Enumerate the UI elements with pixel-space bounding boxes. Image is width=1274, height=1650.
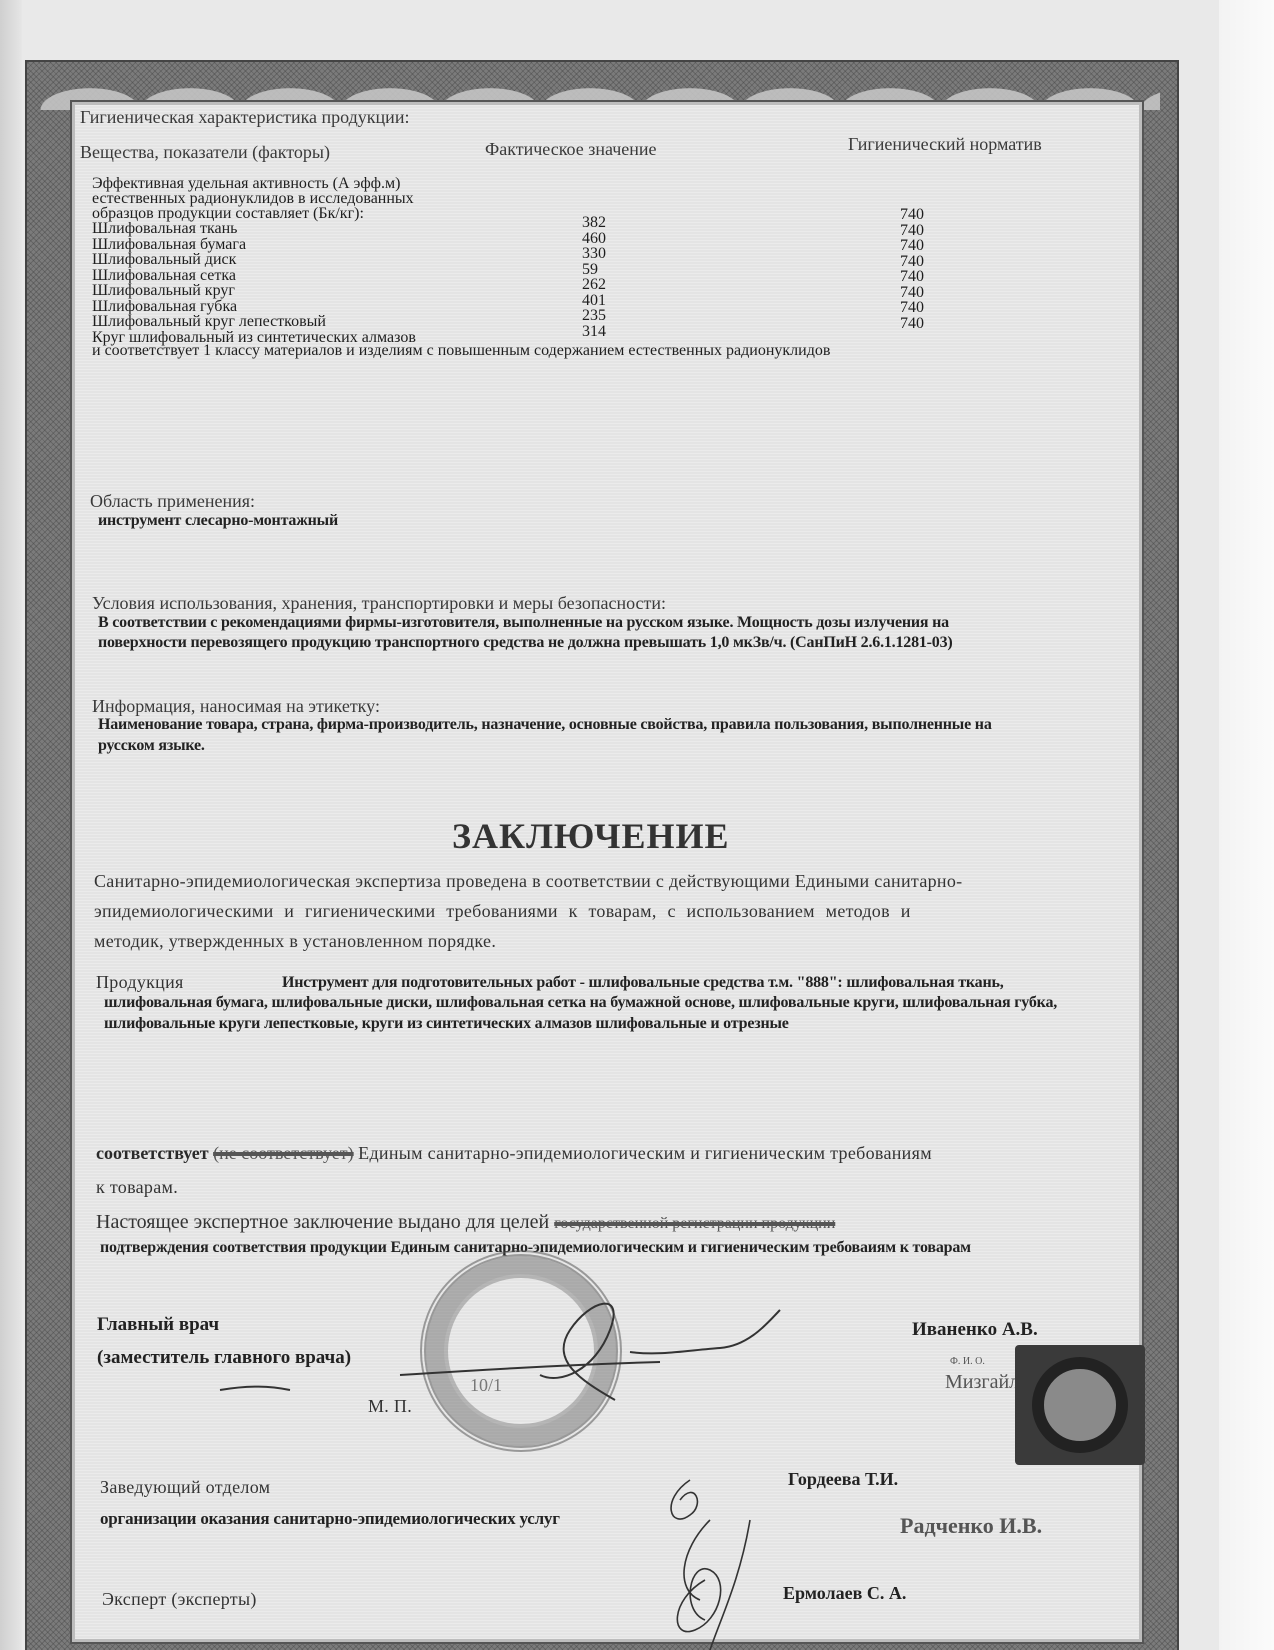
table-row-norm: 740	[900, 238, 924, 254]
table-row-actual: 330	[582, 246, 606, 262]
table-row-actual: 235	[582, 308, 606, 324]
product-label: Продукция	[96, 973, 184, 991]
expert-label: Эксперт (эксперты)	[102, 1590, 257, 1608]
struck-purpose: государственной регистрации продукции	[554, 1215, 835, 1232]
label-info-label: Информация, наносимая на этикетку:	[92, 697, 380, 715]
head-name: Гордеева Т.И.	[788, 1470, 898, 1488]
conclusion-para: эпидемиологическими и гигиеническими тре…	[94, 902, 911, 920]
col-actual: Фактическое значение	[485, 140, 657, 158]
head-name-2: Радченко И.В.	[900, 1515, 1042, 1537]
table-row-norm: 740	[900, 300, 924, 316]
table-row-norm: 740	[900, 223, 924, 239]
complies-rest: Единым санитарно-эпидемиологическим и ги…	[358, 1143, 932, 1163]
class-note: и соответствует 1 классу материалов и из…	[92, 343, 830, 359]
conclusion-title: ЗАКЛЮЧЕНИЕ	[452, 818, 730, 854]
table-row-actual: 401	[582, 293, 606, 309]
chief-signature-icon	[400, 1290, 800, 1410]
table-row-actual: 59	[582, 262, 598, 278]
table-row-actual: 262	[582, 277, 606, 293]
issued-line: Настоящее экспертное заключение выдано д…	[96, 1212, 835, 1232]
issued-for: Настоящее экспертное заключение выдано д…	[96, 1211, 549, 1233]
expert-name: Ермолаев С. А.	[783, 1584, 906, 1602]
conclusion-para: Санитарно-эпидемиологическая экспертиза …	[94, 872, 962, 890]
table-row-norm: 740	[900, 269, 924, 285]
complies-line: соответствует (не соответствует) Единым …	[96, 1144, 932, 1162]
conditions-line: поверхности перевозящего продукцию транс…	[98, 635, 953, 651]
table-row-name: Шлифовальная сетка	[92, 268, 236, 284]
col-substances: Вещества, показатели (факторы)	[80, 143, 330, 161]
complies-line2: к товарам.	[96, 1178, 178, 1196]
application-label: Область применения:	[90, 492, 255, 510]
table-row-actual: 382	[582, 215, 606, 231]
table-row-name: Шлифовальный диск	[92, 252, 236, 268]
chief-name: Иваненко А.В.	[912, 1320, 1038, 1339]
table-row-name: Шлифовальный круг лепестковый	[92, 314, 326, 330]
head-title-2: организации оказания санитарно-эпидемиол…	[100, 1510, 560, 1527]
hygiene-heading: Гигиеническая характеристика продукции:	[80, 108, 409, 126]
table-row-norm: 740	[900, 254, 924, 270]
label-info-line: Наименование товара, страна, фирма-произ…	[98, 717, 992, 733]
table-row-name: Шлифовальная бумага	[92, 237, 246, 253]
expert-signature-icon	[650, 1460, 800, 1650]
fio-label: Ф. И. О.	[950, 1357, 985, 1367]
product-line: шлифовальная бумага, шлифовальные диски,…	[104, 995, 1057, 1011]
table-row-actual: 314	[582, 324, 606, 340]
emblem-icon	[1032, 1357, 1128, 1453]
label-info-line: русском языке.	[98, 738, 205, 754]
scan-margin	[1219, 0, 1274, 1650]
struck-option: (не соответствует)	[213, 1143, 354, 1163]
table-row-name: Шлифовальный круг	[92, 283, 235, 299]
table-row-name: Шлифовальная губка	[92, 299, 237, 315]
col-norm: Гигиенический норматив	[848, 135, 1042, 153]
chief-title-2: (заместитель главного врача)	[97, 1348, 351, 1367]
table-row-norm: 740	[900, 207, 924, 223]
head-title: Заведующий отделом	[100, 1478, 270, 1496]
conclusion-para: методик, утвержденных в установленном по…	[94, 932, 496, 950]
application-value: инструмент слесарно-монтажный	[98, 513, 338, 529]
chief-title: Главный врач	[97, 1315, 219, 1334]
complies-word: соответствует	[96, 1143, 209, 1163]
table-row-actual: 460	[582, 231, 606, 247]
product-line: Инструмент для подготовительных работ - …	[282, 975, 1004, 991]
table-row-norm: 740	[900, 285, 924, 301]
product-line: шлифовальные круги лепестковые, круги из…	[104, 1016, 789, 1032]
scan-edge	[0, 0, 22, 1650]
table-row-norm: 740	[900, 316, 924, 332]
table-row-name: Шлифовальная ткань	[92, 221, 237, 237]
conditions-label: Условия использования, хранения, транспо…	[92, 594, 666, 612]
conditions-line: В соответствии с рекомендациями фирмы-из…	[98, 615, 949, 631]
